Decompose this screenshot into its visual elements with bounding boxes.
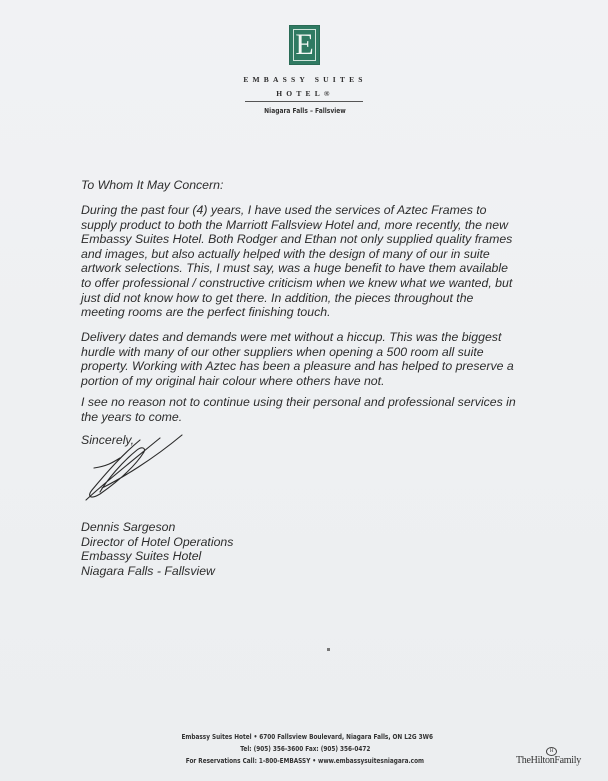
- logo-letter: E: [290, 28, 319, 62]
- hilton-badge-icon: H: [546, 747, 557, 756]
- paragraph-line: to offer professional / constructive cri…: [81, 276, 571, 291]
- hilton-family-logo: H TheHiltonFamily: [516, 755, 581, 766]
- paragraph-1: During the past four (4) years, I have u…: [81, 203, 571, 320]
- paragraph-line: I see no reason not to continue using th…: [81, 395, 571, 410]
- footer-reservations-text: For Reservations Call: 1-800-EMBASSY • w…: [186, 755, 424, 767]
- signer-name: Dennis Sargeson: [81, 520, 571, 535]
- paragraph-line: meeting rooms are the perfect finishing …: [81, 305, 571, 320]
- paragraph-3: I see no reason not to continue using th…: [81, 395, 571, 424]
- paragraph-line: the years to come.: [81, 410, 571, 425]
- embassy-suites-logo-icon: E: [289, 25, 320, 65]
- footer-address: Embassy Suites Hotel • 6700 Fallsview Bo…: [150, 731, 460, 743]
- paragraph-line: just did not know how to get there. In a…: [81, 291, 571, 306]
- paragraph-line: Embassy Suites Hotel. Both Rodger and Et…: [81, 232, 571, 247]
- footer-address-text: Embassy Suites Hotel • 6700 Fallsview Bo…: [181, 731, 433, 743]
- salutation: To Whom It May Concern:: [81, 178, 571, 193]
- brand-subtitle: HOTEL®: [230, 89, 380, 98]
- paragraph-line: hurdle with many of our other suppliers …: [81, 345, 571, 360]
- letter-page: E EMBASSY SUITES HOTEL® Niagara Falls – …: [0, 0, 608, 781]
- letterhead-location: Niagara Falls – Fallsview: [241, 107, 369, 115]
- paragraph-2: Delivery dates and demands were met with…: [81, 330, 571, 388]
- signature-block: Dennis Sargeson Director of Hotel Operat…: [81, 520, 571, 578]
- signer-organization: Embassy Suites Hotel: [81, 549, 571, 564]
- paragraph-line: and images, but also actually helped wit…: [81, 247, 571, 262]
- handwritten-signature-icon: [82, 430, 192, 505]
- stray-mark: [327, 648, 330, 651]
- brand-name: EMBASSY SUITES: [230, 75, 380, 84]
- paragraph-line: supply product to both the Marriott Fall…: [81, 218, 571, 233]
- letterhead-divider: [245, 101, 363, 102]
- footer-reservations: For Reservations Call: 1-800-EMBASSY • w…: [150, 755, 460, 767]
- paragraph-line: artwork selections. This, I must say, wa…: [81, 261, 571, 276]
- signer-location: Niagara Falls - Fallsview: [81, 564, 571, 579]
- paragraph-line: During the past four (4) years, I have u…: [81, 203, 571, 218]
- paragraph-line: property. Working with Aztec has been a …: [81, 359, 571, 374]
- footer-phone: Tel: (905) 356-3600 Fax: (905) 356-0472: [150, 743, 460, 755]
- signer-title: Director of Hotel Operations: [81, 535, 571, 550]
- footer-phone-text: Tel: (905) 356-3600 Fax: (905) 356-0472: [240, 743, 370, 755]
- paragraph-line: portion of my original hair colour where…: [81, 374, 571, 389]
- hilton-family-text: TheHiltonFamily: [516, 755, 581, 766]
- paragraph-line: Delivery dates and demands were met with…: [81, 330, 571, 345]
